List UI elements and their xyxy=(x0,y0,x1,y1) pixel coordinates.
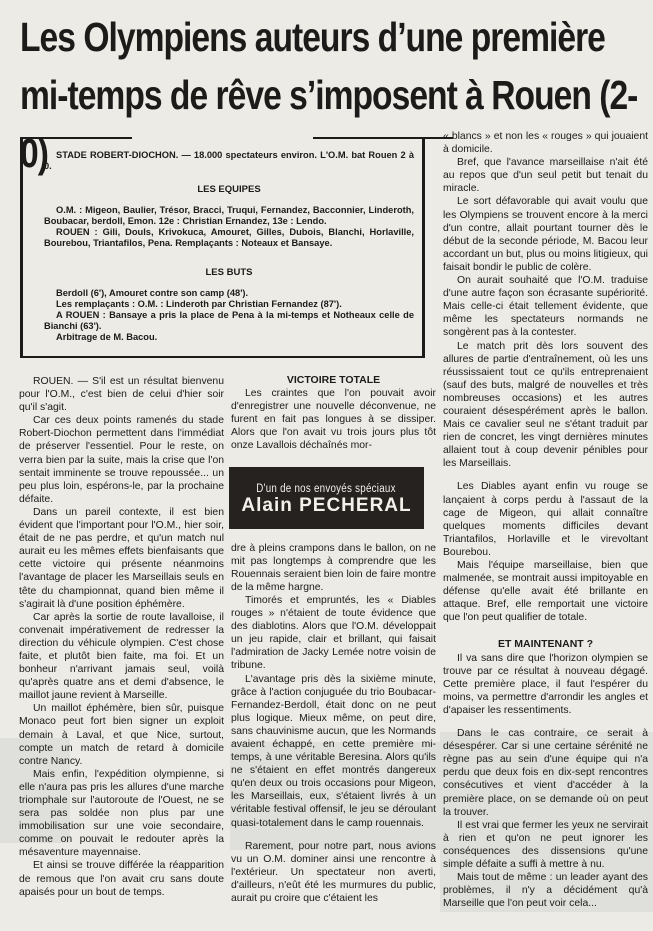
paragraph: Un maillot éphémère, bien sûr, puisque M… xyxy=(19,702,224,767)
paragraph: ROUEN. — S'il est un résultat bienvenu p… xyxy=(19,375,224,414)
box-top-border xyxy=(20,137,132,139)
referee: Arbitrage de M. Bacou. xyxy=(44,332,414,343)
paragraph: Bref, que l'avance marseillaise n'ait ét… xyxy=(443,156,648,195)
byline-box: D'un de nos envoyés spéciaux Alain PECHE… xyxy=(229,467,424,529)
section-heading-et-maintenant: ET MAINTENANT ? xyxy=(443,638,648,651)
team-rouen-lineup: ROUEN : Gili, Douls, Krivokuca, Amouret,… xyxy=(44,227,414,249)
box-top-border-right xyxy=(313,137,453,139)
paragraph: Dans le cas contraire, ce serait à déses… xyxy=(443,727,648,819)
substitutions-om: Les remplaçants : O.M. : Linderoth par C… xyxy=(44,299,414,310)
paragraph: Les Diables ayant enfin vu rouge se lanç… xyxy=(443,480,648,559)
paragraph: Mais tout de même : un leader ayant des … xyxy=(443,871,648,910)
box-bottom-border xyxy=(20,356,425,358)
team-om-lineup: O.M. : Migeon, Baulier, Trésor, Bracci, … xyxy=(44,205,414,227)
match-info: STADE ROBERT-DIOCHON. — 18.000 spectateu… xyxy=(44,150,414,343)
teams-heading: LES EQUIPES xyxy=(44,184,414,195)
paragraph: Il est vrai que fermer les yeux ne servi… xyxy=(443,819,648,871)
paragraph: Mais l'équipe marseillaise, bien que mal… xyxy=(443,559,648,624)
article-column-3: « blancs » et non les « rouges » qui jou… xyxy=(443,130,648,910)
substitutions-rouen: A ROUEN : Bansaye a pris la place de Pen… xyxy=(44,310,414,332)
byline-prefix: D'un de nos envoyés spéciaux xyxy=(257,483,396,496)
box-right-border xyxy=(422,137,425,356)
paragraph: « blancs » et non les « rouges » qui jou… xyxy=(443,130,648,156)
paragraph: Car ces deux points ramenés du stade Rob… xyxy=(19,414,224,506)
paragraph: Le match prit dès lors souvent des allur… xyxy=(443,340,648,471)
goals: Berdoll (6'), Amouret contre son camp (4… xyxy=(44,288,414,299)
paragraph: Les craintes que l'on pouvait avoir d'en… xyxy=(231,387,436,452)
goals-heading: LES BUTS xyxy=(44,267,414,278)
paragraph: dre à pleins crampons dans le ballon, on… xyxy=(231,542,436,594)
paragraph: Il va sans dire que l'horizon olympien s… xyxy=(443,652,648,717)
headline-line-1: Les Olympiens auteurs d’une première xyxy=(20,8,643,66)
paragraph: Le sort défavorable qui avait voulu que … xyxy=(443,195,648,274)
paragraph: On aurait souhaité que l'O.M. traduise d… xyxy=(443,274,648,339)
paragraph: Mais enfin, l'expédition olympienne, si … xyxy=(19,768,224,860)
match-intro: STADE ROBERT-DIOCHON. — 18.000 spectateu… xyxy=(44,150,414,172)
paragraph: Timorés et empruntés, les « Diables roug… xyxy=(231,594,436,673)
paragraph: Car après la sortie de route lavalloise,… xyxy=(19,611,224,703)
section-heading-victoire-totale: VICTOIRE TOTALE xyxy=(231,374,436,387)
paragraph: L'avantage pris dès la sixième minute, g… xyxy=(231,673,436,830)
article-column-1: ROUEN. — S'il est un résultat bienvenu p… xyxy=(19,375,224,899)
article-column-2: VICTOIRE TOTALE Les craintes que l'on po… xyxy=(231,374,436,905)
paragraph: Dans un pareil contexte, il est bien évi… xyxy=(19,506,224,611)
paragraph: Rarement, pour notre part, nous avions v… xyxy=(231,840,436,905)
byline-author: Alain PECHERAL xyxy=(241,499,411,512)
paragraph: Et ainsi se trouve différée la réapparit… xyxy=(19,859,224,898)
